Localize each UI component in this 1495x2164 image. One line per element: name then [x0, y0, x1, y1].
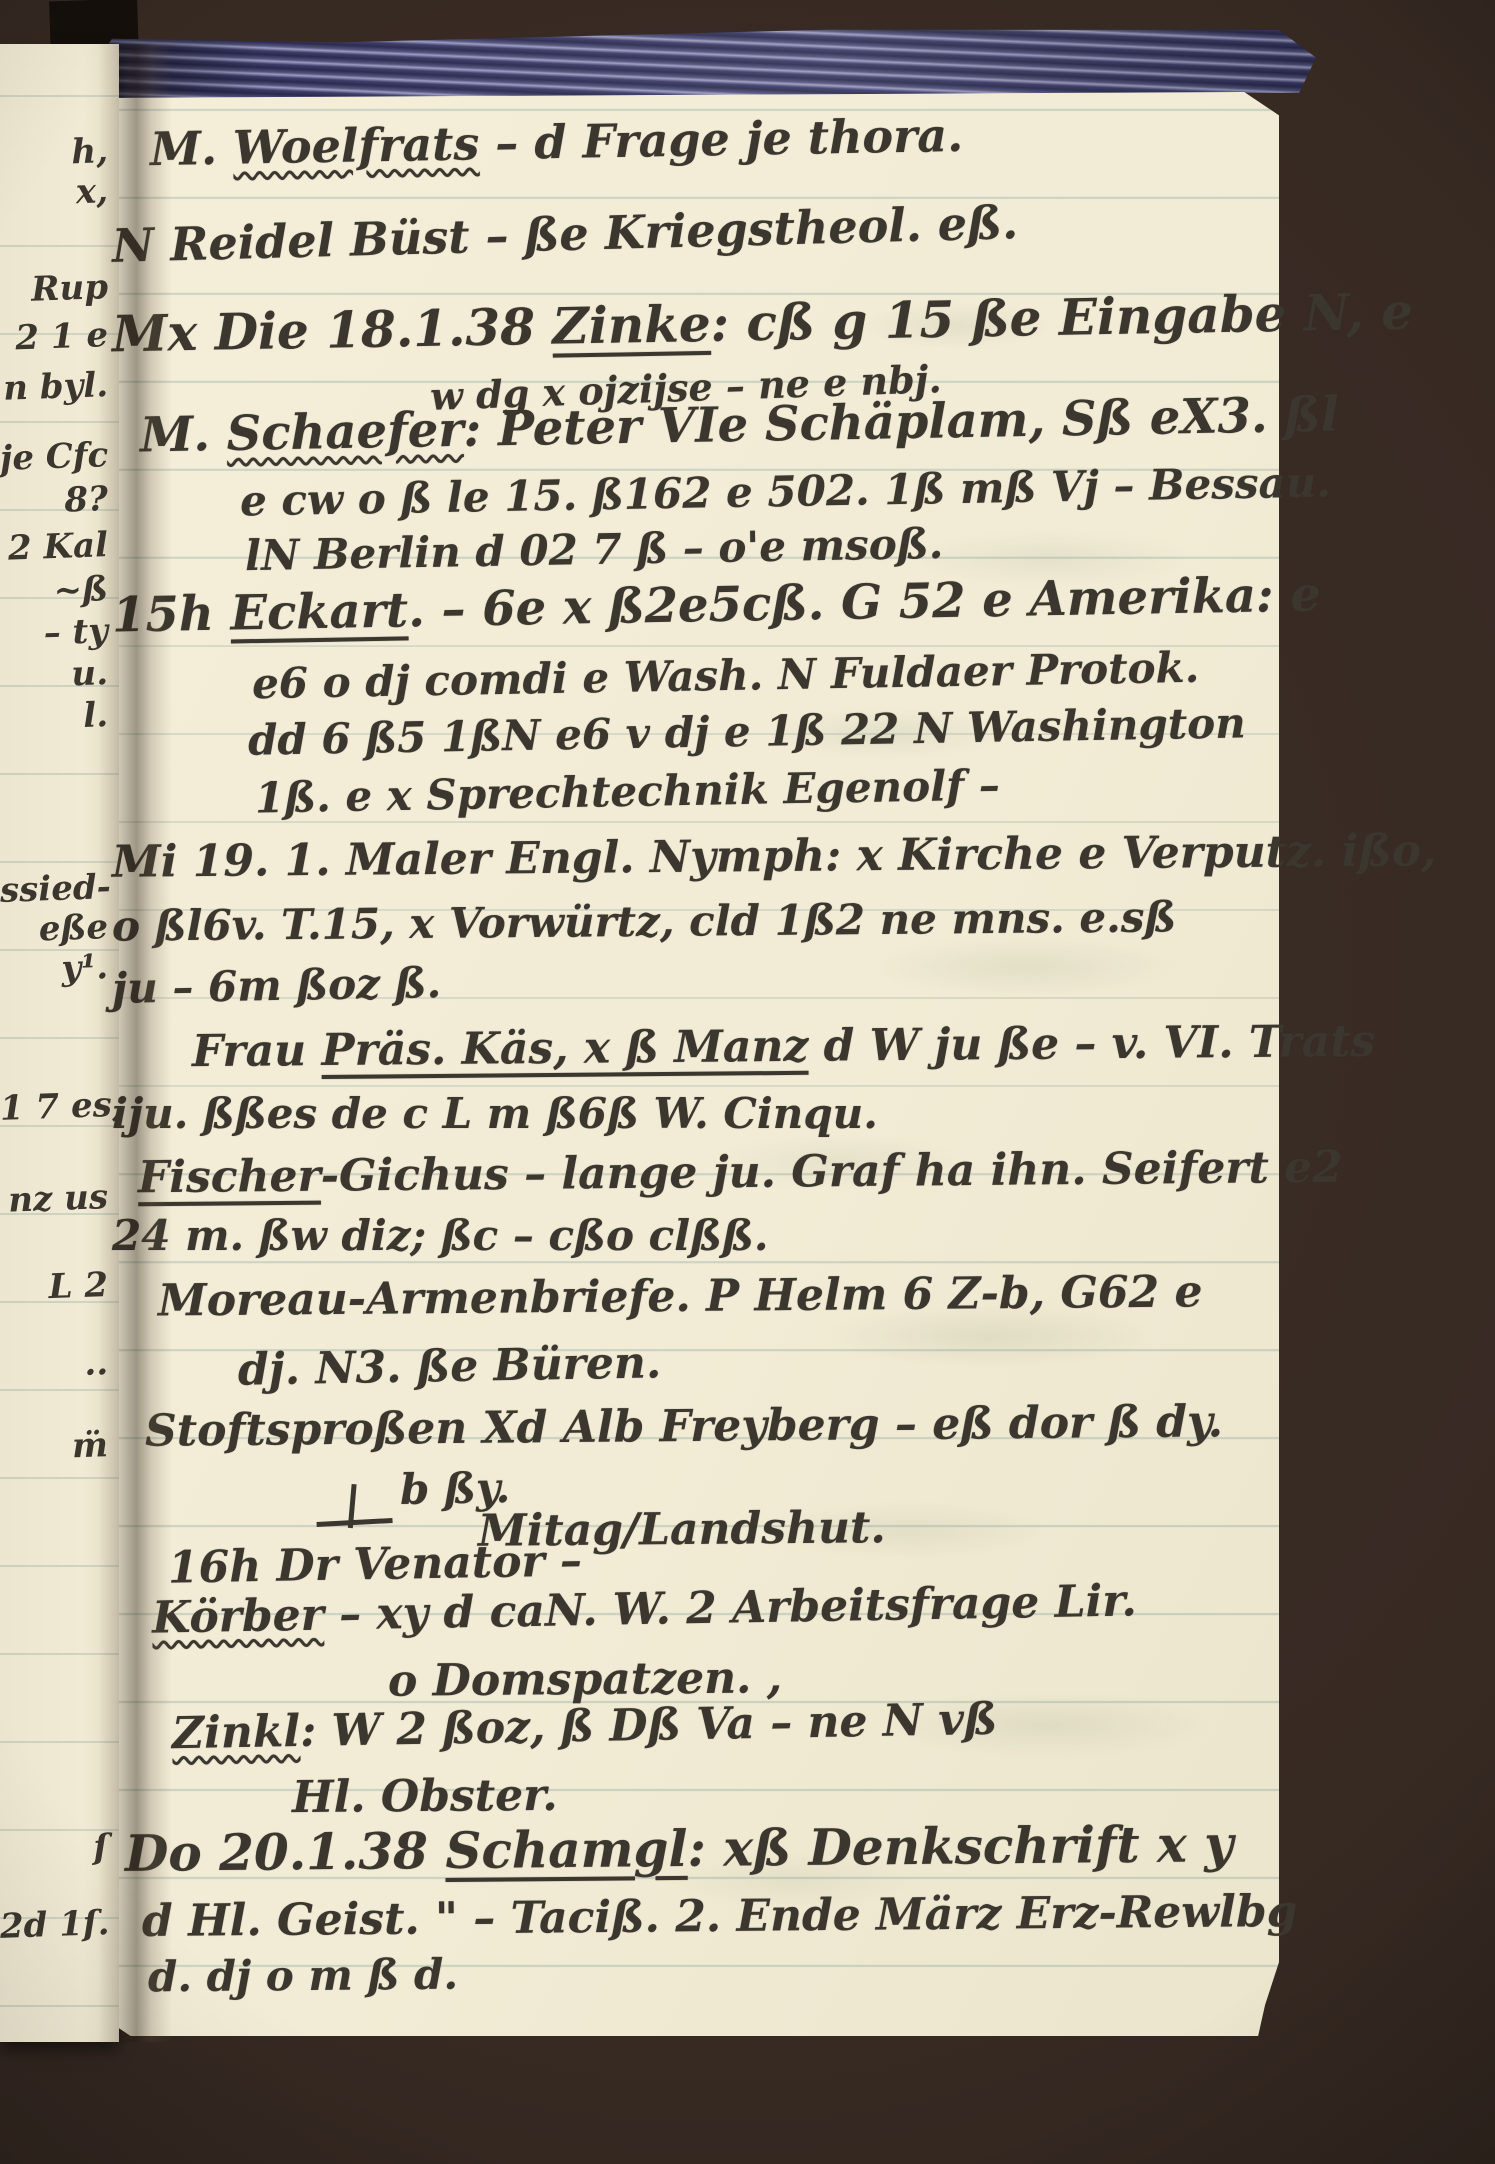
handwriting-text: : cß g 15 ße Eingabe N, e [710, 282, 1413, 353]
handwriting-text: Mi 19. 1. Maler Engl. Nymph: x Kirche e … [112, 825, 1437, 888]
handwriting-text: Moreau-Armenbriefe. P Helm 6 Z-b, G62 e [158, 1266, 1203, 1326]
handwriting-text: M. [150, 121, 234, 176]
underlined-name: Woelfrats [233, 116, 480, 174]
handwriting-text: Hl. Obster. [292, 1770, 558, 1823]
handwriting-line: ju – 6m ßoz ß. [112, 959, 442, 1013]
handwriting-line: d. dj o m ß d. [148, 1951, 458, 2002]
handwriting-line: Moreau-Armenbriefe. P Helm 6 Z-b, G62 e [158, 1267, 1203, 1327]
handwriting-line: o ßl6v. T.15, x Vorwürtz, cld 1ß2 ne mns… [112, 893, 1177, 951]
facing-page-fragment: ssied- [0, 870, 109, 908]
facing-page-edge: h,x,Rup2 1 en byl.je Cfc8?2 Kal~ß– tyu.l… [0, 44, 119, 2042]
facing-page-fragment: 2 Kal [0, 528, 109, 566]
diary-photo: h,x,Rup2 1 en byl.je Cfc8?2 Kal~ß– tyu.l… [0, 0, 1495, 2164]
underlined-name: Schamgl [445, 1819, 688, 1880]
facing-page-fragment: – ty [0, 614, 109, 652]
facing-page-fragment: x, [0, 174, 109, 212]
handwriting-text: Mx Die 18.1.38 [112, 297, 553, 364]
handwriting-line: Fischer-Gichus – lange ju. Graf ha ihn. … [138, 1143, 1343, 1204]
handwriting-line: Stoftsproßen Xd Alb Freyberg – eß dor ß … [145, 1397, 1223, 1457]
underlined-name: Eckart [230, 582, 409, 641]
handwriting-text: Frau [192, 1025, 322, 1077]
handwriting-text: Stoftsproßen Xd Alb Freyberg – eß dor ß … [145, 1396, 1223, 1456]
handwriting-line: Do 20.1.38 Schamgl: xß Denkschrift x y [125, 1815, 1234, 1882]
handwriting-line: Mitag/Landshut. [478, 1503, 886, 1557]
facing-page-fragment: 8? [0, 482, 109, 520]
facing-page-fragment: 2d 1ſ. [0, 1906, 109, 1944]
facing-page-fragment: u. [0, 656, 109, 694]
underlined-name: Zinkl [172, 1706, 301, 1759]
strike-mark [315, 1496, 392, 1527]
handwriting-line: Frau Präs. Käs, x ß Manz d W ju ße – v. … [192, 1017, 1376, 1078]
handwriting-line: 24 m. ßw diz; ßc – cßo clßß. [112, 1212, 769, 1260]
handwriting-line: dj. N3. ße Büren. [238, 1338, 662, 1396]
facing-page-fragment: ſ [0, 1830, 109, 1868]
facing-page-fragment: 1 7 es, [0, 1088, 109, 1126]
handwriting-line: d Hl. Geist. " – Taciß. 2. Ende März Erz… [142, 1887, 1298, 1948]
facing-page-fragment: m̈ [0, 1428, 109, 1466]
handwriting-text: Mitag/Landshut. [478, 1502, 886, 1557]
underlined-name: Körber [152, 1590, 325, 1644]
handwriting-line: iju. ßßes de c L m ß6ß W. Cinqu. [112, 1090, 878, 1138]
facing-page-fragment: y¹. [0, 950, 109, 988]
handwriting-text: 24 m. ßw diz; ßc – cßo clßß. [112, 1211, 769, 1260]
handwriting-text: : xß Denkschrift x y [687, 1814, 1233, 1878]
handwriting-text: d Hl. Geist. " – Taciß. 2. Ende März Erz… [142, 1886, 1298, 1947]
handwriting-text: d. dj o m ß d. [148, 1950, 458, 2002]
facing-page-fragment: Rup [0, 270, 109, 308]
handwriting-text: o ßl6v. T.15, x Vorwürtz, cld 1ß2 ne mns… [112, 892, 1177, 950]
handwriting-text: – d Frage je thora. [479, 108, 964, 170]
facing-page-fragment: l. [0, 698, 109, 736]
handwriting-text: ju – 6m ßoz ß. [112, 958, 442, 1013]
handwriting-line: Hl. Obster. [292, 1771, 558, 1824]
handwriting-text: dj. N3. ße Büren. [238, 1337, 662, 1395]
facing-page-fragment: ~ß [0, 572, 109, 610]
underlined-name: Schaefer [226, 402, 464, 462]
facing-page-fragment: nz us [0, 1180, 109, 1218]
handwriting-text: M. [140, 406, 228, 464]
handwriting-text: d W ju ße – v. VI. Trats [808, 1016, 1375, 1072]
facing-page-fragment: n byl. [0, 368, 109, 406]
underlined-name: Zinke [552, 294, 711, 356]
handwriting-text: -Gichus – lange ju. Graf ha ihn. Seifert… [320, 1142, 1342, 1202]
facing-page-fragment: je Cfc [0, 438, 109, 476]
facing-page-fragment: L 2 [0, 1268, 109, 1306]
blue-page-edge-stack [94, 23, 1317, 104]
facing-page-fragment: eße [0, 910, 109, 948]
underlined-name: Fischer [138, 1151, 321, 1204]
facing-page-fragment: .. [0, 1346, 109, 1384]
facing-page-fragment: h, [0, 134, 109, 172]
facing-page-fragment: 2 1 e [0, 318, 109, 356]
handwriting-text: iju. ßßes de c L m ß6ß W. Cinqu. [112, 1089, 878, 1138]
handwriting-text: Do 20.1.38 [125, 1821, 446, 1883]
underlined-name: Präs. Käs, x ß Manz [321, 1021, 808, 1076]
handwriting-text: 15h [112, 585, 231, 643]
